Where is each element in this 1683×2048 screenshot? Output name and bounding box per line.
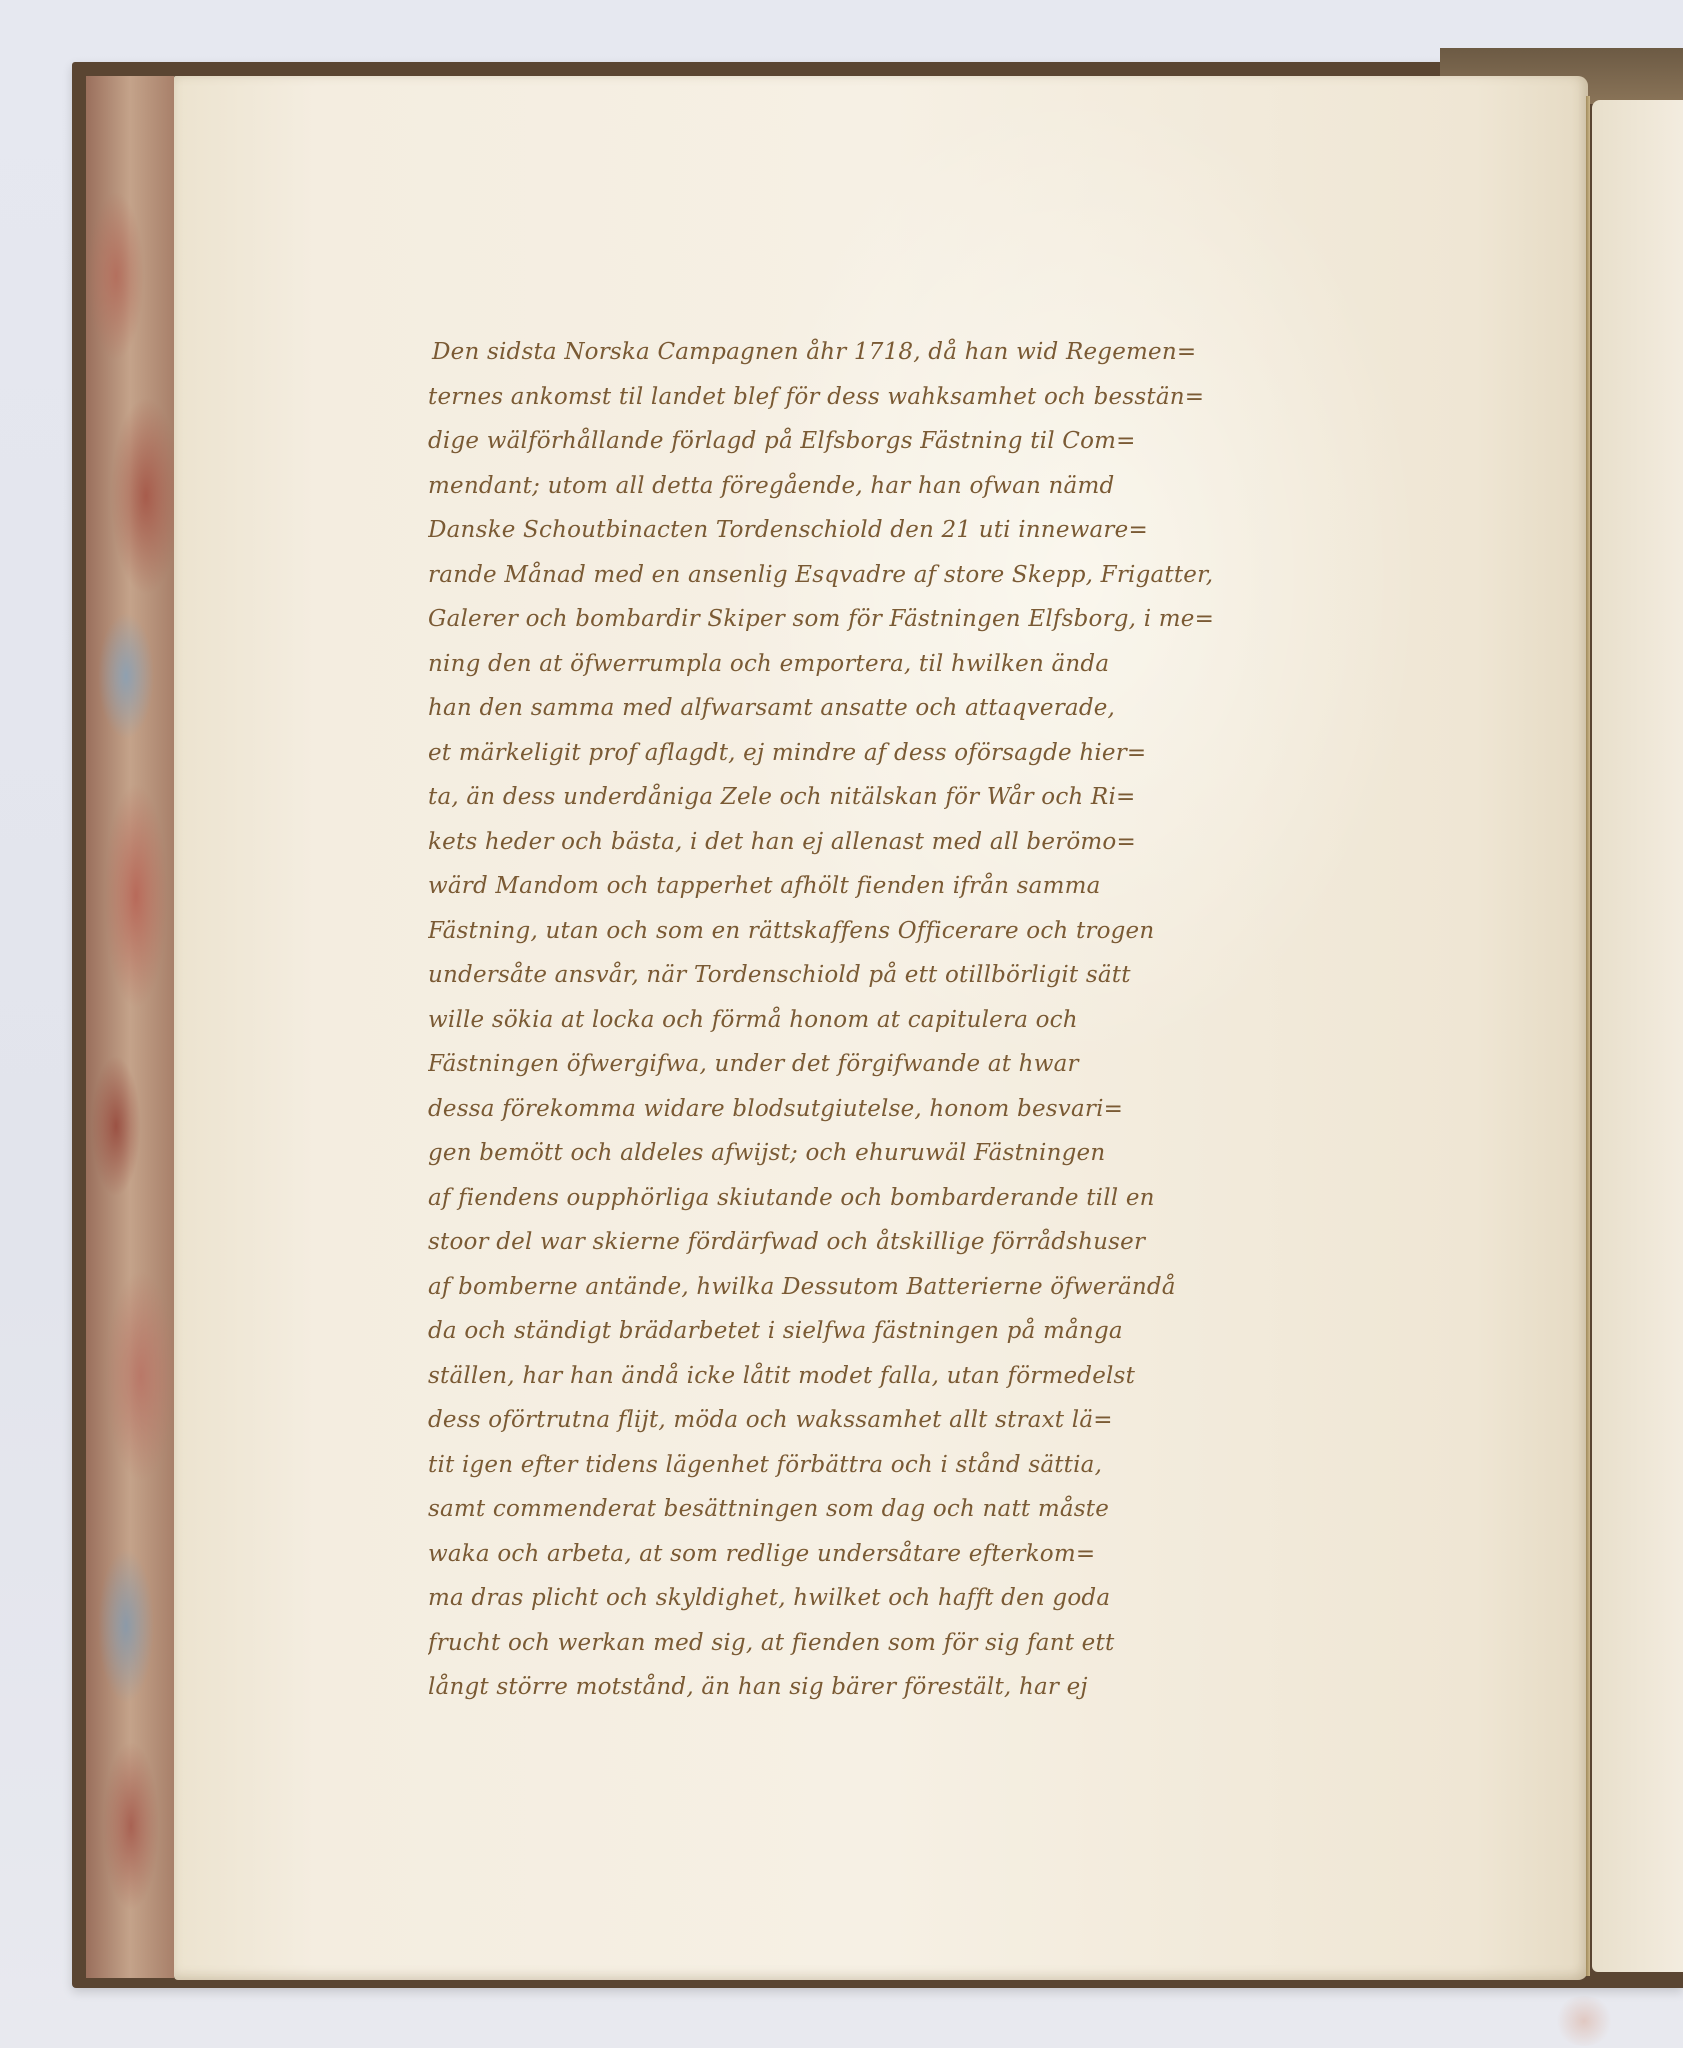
text-line: af bomberne antände, hwilka Dessutom Bat… [428, 1265, 1443, 1310]
paper-stain [1554, 1996, 1614, 2046]
text-line: Fästning, utan och som en rättskaffens O… [428, 909, 1443, 954]
text-line: Danske Schoutbinacten Tordenschiold den … [428, 508, 1443, 553]
text-line: mendant; utom all detta föregående, har … [428, 464, 1443, 509]
text-line: gen bemött och aldeles afwijst; och ehur… [428, 1131, 1443, 1176]
text-line: undersåte ansvår, när Tordenschiold på e… [428, 953, 1443, 998]
marbled-endpaper [86, 76, 174, 1978]
text-line: af fiendens oupphörliga skiutande och bo… [428, 1176, 1443, 1221]
text-line: dige wälförhållande förlagd på Elfsborgs… [428, 419, 1443, 464]
text-line: stoor del war skierne fördärfwad och åts… [428, 1220, 1443, 1265]
text-line: ta, än dess underdåniga Zele och nitälsk… [428, 775, 1443, 820]
text-line: ma dras plicht och skyldighet, hwilket o… [428, 1576, 1443, 1621]
text-line: långt större motstånd, än han sig bärer … [428, 1665, 1443, 1710]
book-gutter [1586, 96, 1590, 1976]
text-line: Den sidsta Norska Campagnen åhr 1718, då… [428, 330, 1443, 375]
text-line: et märkeligit prof aflagdt, ej mindre af… [428, 731, 1443, 776]
text-line: wärd Mandom och tapperhet afhölt fienden… [428, 864, 1443, 909]
text-line: dessa förekomma widare blodsutgiutelse, … [428, 1087, 1443, 1132]
text-line: da och ständigt brädarbetet i sielfwa fä… [428, 1309, 1443, 1354]
text-line: frucht och werkan med sig, at fienden so… [428, 1621, 1443, 1666]
text-line: ning den at öfwerrumpla och emportera, t… [428, 642, 1443, 687]
text-line: rande Månad med en ansenlig Esqvadre af … [428, 553, 1443, 598]
facing-page-edge [1592, 100, 1683, 1972]
text-line: Galerer och bombardir Skiper som för Fäs… [428, 597, 1443, 642]
text-line: dess oförtrutna flijt, möda och wakssamh… [428, 1398, 1443, 1443]
text-line: han den samma med alfwarsamt ansatte och… [428, 686, 1443, 731]
handwritten-text-block: Den sidsta Norska Campagnen åhr 1718, då… [428, 330, 1443, 1710]
text-line: wille sökia at locka och förmå honom at … [428, 998, 1443, 1043]
text-line: tit igen efter tidens lägenhet förbättra… [428, 1443, 1443, 1488]
text-line: samt commenderat besättningen som dag oc… [428, 1487, 1443, 1532]
text-line: waka och arbeta, at som redlige undersåt… [428, 1532, 1443, 1577]
text-line: ternes ankomst til landet blef för dess … [428, 375, 1443, 420]
text-line: kets heder och bästa, i det han ej allen… [428, 820, 1443, 865]
text-line: Fästningen öfwergifwa, under det förgifw… [428, 1042, 1443, 1087]
text-line: ställen, har han ändå icke låtit modet f… [428, 1354, 1443, 1399]
